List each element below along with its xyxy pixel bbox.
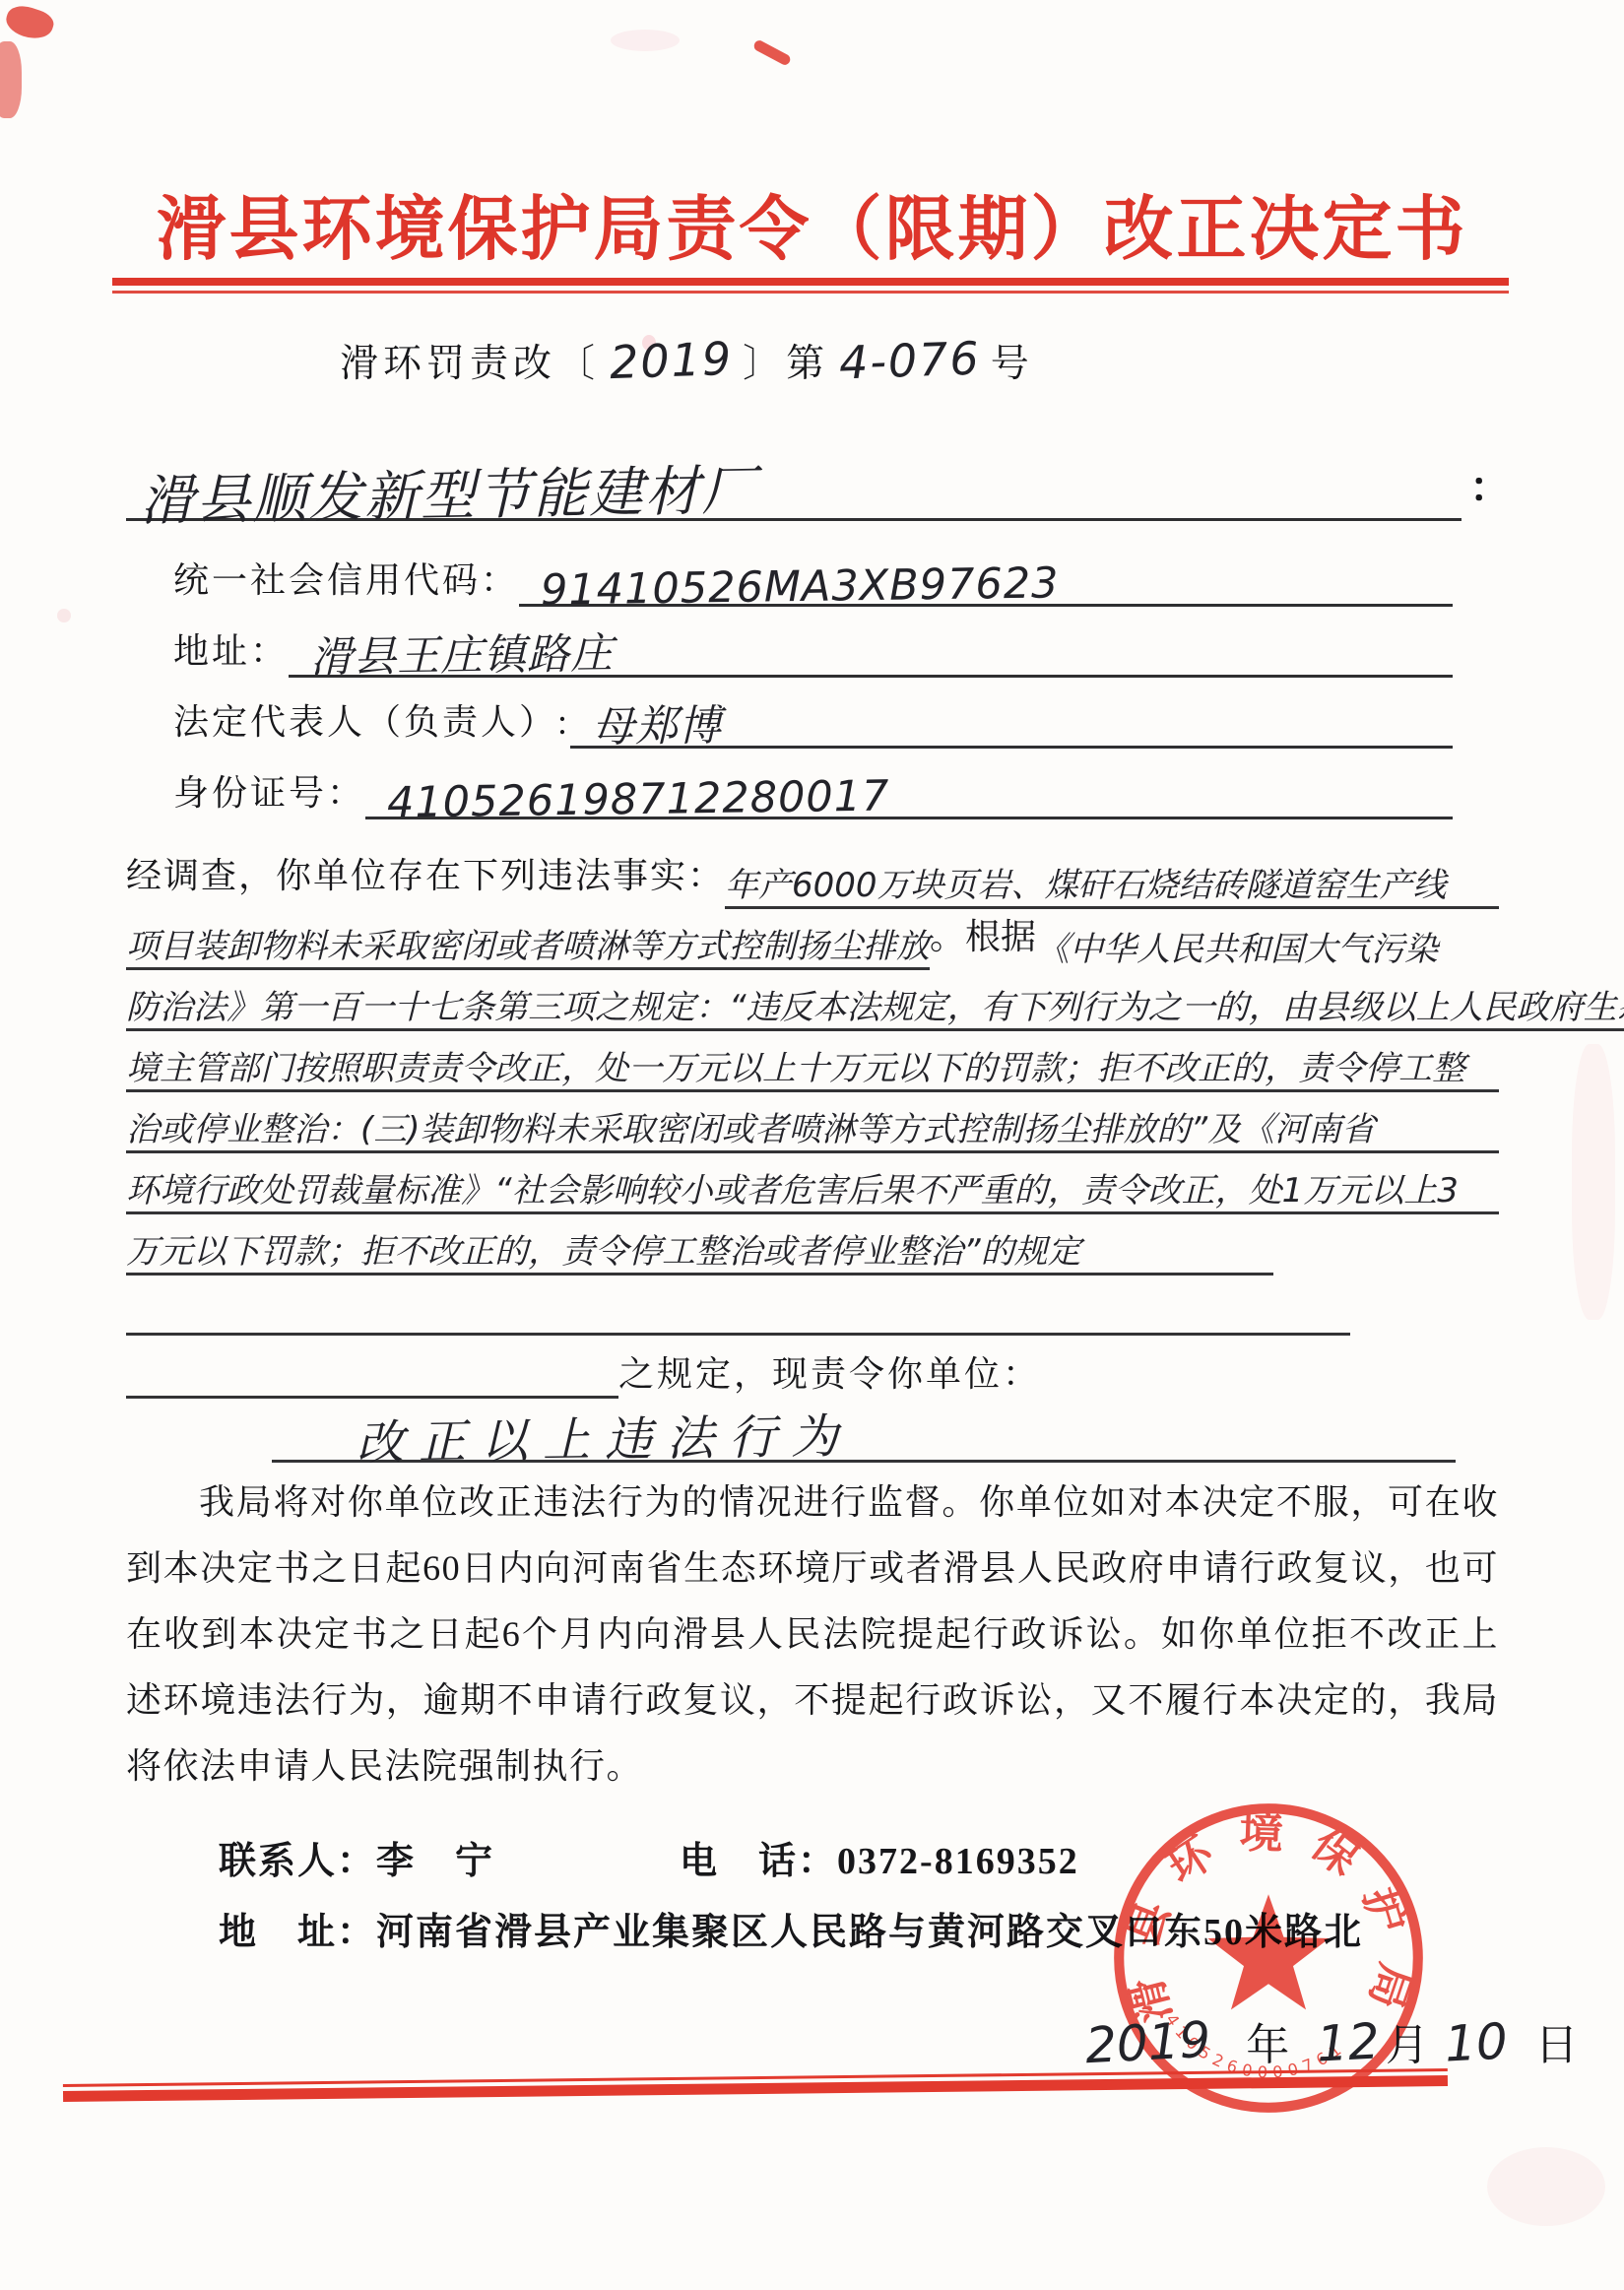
violation-facts-block: 经调查，你单位存在下列违法事实： 年产6000万块页岩、煤矸石烧结砖隧道窑生产线… bbox=[126, 843, 1499, 1271]
doc-number-serial-handwritten: 4-076 bbox=[828, 331, 991, 390]
fact-line-4: 境主管部门按照职责责令改正，处一万元以上十万元以下的罚款；拒不改正的，责令停工整 bbox=[126, 1026, 1499, 1087]
field-row-credit-code: 统一社会信用代码： 91410526MA3XB97623 bbox=[173, 548, 1453, 607]
fact-line-3: 防治法》第一百一十七条第三项之规定：“违反本法规定，有下列行为之一的，由县级以上… bbox=[126, 965, 1499, 1026]
facts-lead-text: 经调查，你单位存在下列违法事实： bbox=[126, 848, 725, 904]
id-number-value-handwritten: 410526198712280017 bbox=[387, 771, 890, 827]
scan-artifact-top-left-blob bbox=[3, 1, 57, 43]
credit-code-label: 统一社会信用代码： bbox=[173, 553, 519, 607]
title-divider-rule bbox=[112, 278, 1509, 294]
doc-number-suffix: 号 bbox=[991, 333, 1034, 388]
field-row-id-number: 身份证号： 410526198712280017 bbox=[173, 760, 1453, 819]
doc-number-mid: 〕第 bbox=[743, 333, 829, 388]
address-underline: 滑县王庄镇路庄 bbox=[289, 616, 1453, 678]
supervision-paragraph: 我局将对你单位改正违法行为的情况进行监督。你单位如对本决定不服，可在收到本决定书… bbox=[126, 1470, 1499, 1799]
order-clause-text: 之规定，现责令你单位： bbox=[618, 1346, 1041, 1399]
scan-artifact-left-edge-blob bbox=[0, 41, 22, 118]
date-year-handwritten: 2019 bbox=[1084, 2011, 1212, 2075]
scan-artifact-top-smudge bbox=[611, 30, 680, 51]
credit-code-value-handwritten: 91410526MA3XB97623 bbox=[541, 558, 1060, 615]
date-day-unit: 日 bbox=[1535, 2009, 1579, 2072]
order-clause-row: 之规定，现责令你单位： bbox=[126, 1345, 1041, 1399]
document-title: 滑县环境保护局责令（限期）改正决定书 bbox=[0, 173, 1624, 274]
fact-line-7: 万元以下罚款；拒不改正的，责令停工整治或者停业整治”的规定 bbox=[126, 1210, 1499, 1271]
star-icon bbox=[1207, 1894, 1329, 2009]
fact-line-4-handwritten: 境主管部门按照职责责令改正，处一万元以上十万元以下的罚款；拒不改正的，责令停工整 bbox=[126, 1041, 1499, 1092]
scan-artifact-right-edge-smudge bbox=[1572, 1044, 1615, 1320]
order-clause-underline bbox=[126, 1342, 618, 1399]
blank-underline bbox=[126, 1276, 1350, 1336]
fact-line-6-handwritten: 环境行政处罚裁量标准》“社会影响较小或者危害后果不严重的，责令改正，处1万元以上… bbox=[126, 1163, 1499, 1214]
date-month-handwritten: 12 bbox=[1316, 2012, 1382, 2072]
recipient-underline: 滑县顺发新型节能建材厂 bbox=[126, 445, 1462, 521]
fact-line-7-handwritten: 万元以下罚款；拒不改正的，责令停工整治或者停业整治”的规定 bbox=[126, 1224, 1273, 1276]
contact-person-label: 联系人： bbox=[219, 1841, 376, 1882]
legal-representative-label: 法定代表人（负责人）: bbox=[173, 694, 570, 749]
fact-line-2: 项目装卸物料未采取密闭或者喷淋等方式控制扬尘排放 。根据 《中华人民共和国大气污… bbox=[126, 904, 1499, 965]
fact-line-5: 治或停业整治：(三)装卸物料未采取密闭或者喷淋等方式控制扬尘排放的”及《河南省 bbox=[126, 1087, 1499, 1148]
address-value-handwritten: 滑县王庄镇路庄 bbox=[310, 621, 615, 685]
document-number-line: 滑环罚责改〔 2019 〕第 4-076 号 bbox=[340, 333, 1034, 388]
correction-underline: 改正以上违法行为 bbox=[272, 1403, 1456, 1463]
field-row-address: 地址： 滑县王庄镇路庄 bbox=[173, 619, 1453, 678]
fact-line-1: 经调查，你单位存在下列违法事实： 年产6000万块页岩、煤矸石烧结砖隧道窑生产线 bbox=[126, 843, 1499, 904]
id-number-underline: 410526198712280017 bbox=[365, 757, 1453, 819]
contact-phone-number: 0372-8169352 bbox=[837, 1841, 1079, 1882]
legal-representative-underline: 母郑博 bbox=[570, 687, 1453, 749]
address-label: 地址： bbox=[173, 623, 289, 678]
contact-phone-label: 电 话： bbox=[680, 1841, 837, 1882]
legal-representative-value-handwritten: 母郑博 bbox=[592, 692, 723, 754]
fact-line-5-handwritten: 治或停业整治：(三)装卸物料未采取密闭或者喷淋等方式控制扬尘排放的”及《河南省 bbox=[126, 1102, 1499, 1153]
date-year-unit: 年 bbox=[1246, 2009, 1289, 2072]
fact-line-2a-handwritten: 项目装卸物料未采取密闭或者喷淋等方式控制扬尘排放 bbox=[126, 919, 930, 970]
scan-artifact-top-streak bbox=[752, 38, 792, 66]
scan-artifact-right-lower-smudge bbox=[1487, 2147, 1605, 2226]
scanned-decision-document: 滑县环境保护局责令（限期）改正决定书 滑环罚责改〔 2019 〕第 4-076 … bbox=[0, 0, 1624, 2290]
doc-number-year-handwritten: 2019 bbox=[599, 331, 744, 389]
id-number-label: 身份证号： bbox=[173, 765, 365, 819]
scan-artifact-left-dot bbox=[57, 609, 71, 622]
fact-line-1-handwritten: 年产6000万块页岩、煤矸石烧结砖隧道窑生产线 bbox=[725, 858, 1499, 909]
fact-line-2-printed-connector: 。根据 bbox=[930, 909, 1036, 965]
recipient-colon: ： bbox=[1469, 455, 1511, 514]
doc-number-prefix: 滑环罚责改〔 bbox=[340, 333, 600, 388]
contact-person-name: 李 宁 bbox=[376, 1841, 494, 1882]
contact-person-row: 联系人：李 宁电 话：0372-8169352 bbox=[219, 1830, 1079, 1884]
date-day-handwritten: 10 bbox=[1443, 2012, 1509, 2072]
date-month-unit: 月 bbox=[1386, 2009, 1429, 2072]
credit-code-underline: 91410526MA3XB97623 bbox=[519, 545, 1453, 607]
fact-line-6: 环境行政处罚裁量标准》“社会影响较小或者危害后果不严重的，责令改正，处1万元以上… bbox=[126, 1148, 1499, 1210]
fact-line-3-handwritten: 防治法》第一百一十七条第三项之规定：“违反本法规定，有下列行为之一的，由县级以上… bbox=[126, 980, 1624, 1031]
field-row-legal-representative: 法定代表人（负责人）: 母郑博 bbox=[173, 689, 1453, 749]
decision-date-row: 2019 年 12 月 10 日 bbox=[1085, 2009, 1579, 2072]
fact-line-2c-handwritten: 《中华人民共和国大气污染 bbox=[1036, 922, 1499, 970]
recipient-company-name-handwritten: 滑县顺发新型节能建材厂 bbox=[139, 447, 757, 536]
contact-address-label: 地 址： bbox=[219, 1912, 376, 1953]
correction-order-handwritten: 改正以上违法行为 bbox=[357, 1398, 854, 1472]
